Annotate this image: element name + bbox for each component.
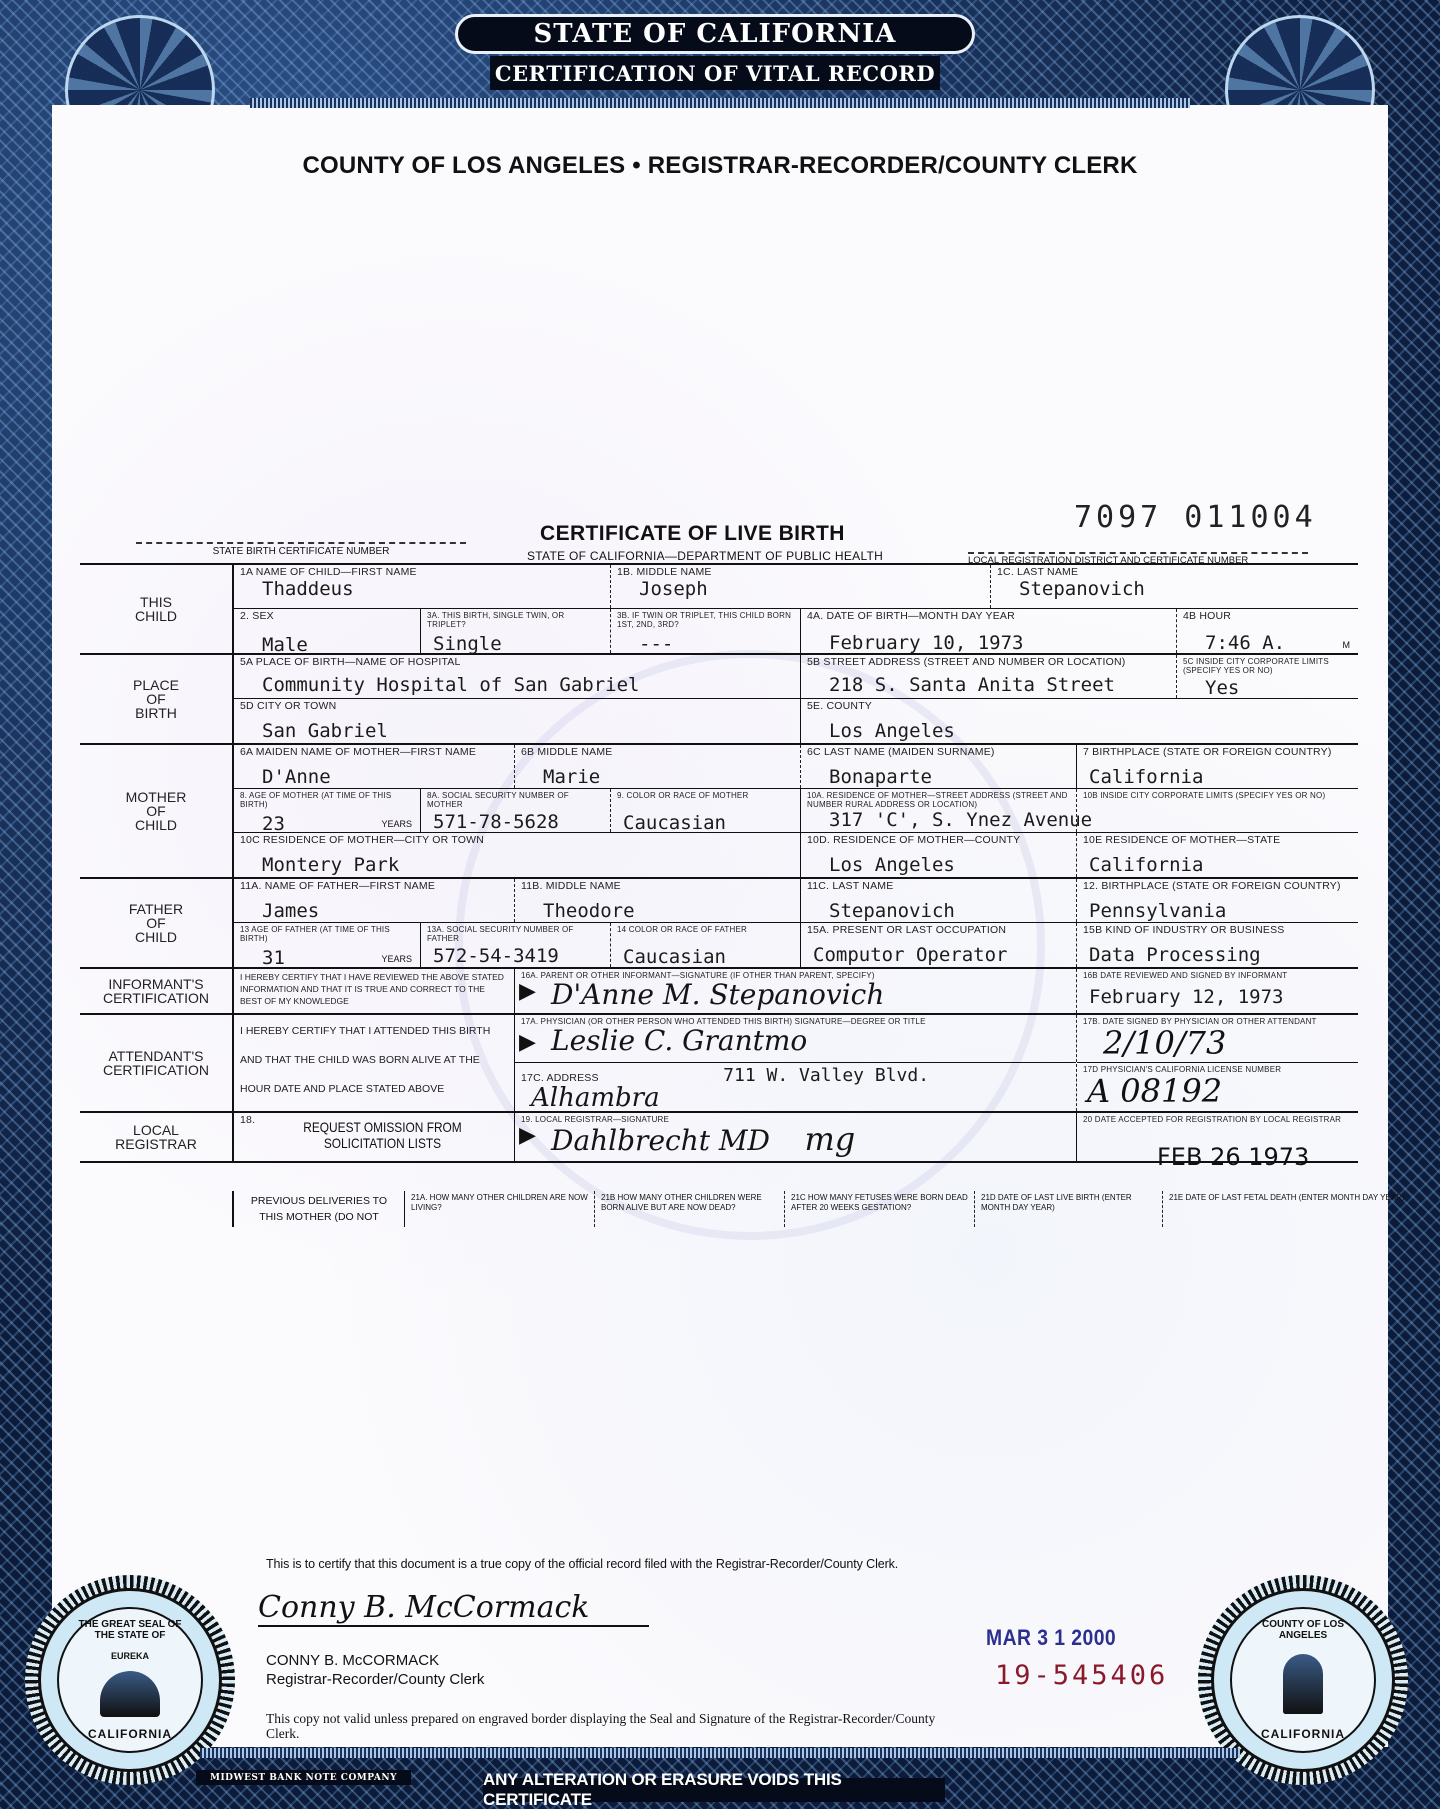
hospital-field: 5A PLACE OF BIRTH—NAME OF HOSPITAL Commu… — [234, 655, 800, 698]
previous-deliveries-row: PREVIOUS DELIVERIES TO THIS MOTHER (DO N… — [232, 1191, 1440, 1227]
father-middle-name-field: 11B. MIDDLE NAME Theodore — [514, 879, 800, 922]
mother-last-name-field: 6C LAST NAME (MAIDEN SURNAME) Bonaparte — [800, 745, 1076, 788]
county-heading: COUNTY OF LOS ANGELES • REGISTRAR-RECORD… — [0, 152, 1440, 180]
child-sex-field: 2. SEX Male — [234, 609, 420, 653]
section-father: FATHER OF CHILD 11A. NAME OF FATHER—FIRS… — [80, 879, 1358, 969]
issue-serial-number: 19-545406 — [995, 1660, 1168, 1691]
city-field: 5D CITY OR TOWN San Gabriel — [234, 699, 800, 743]
section-place-of-birth: PLACE OF BIRTH 5A PLACE OF BIRTH—NAME OF… — [80, 655, 1358, 745]
registrar-signature-field: 19. LOCAL REGISTRAR—SIGNATURE ▶ Dahlbrec… — [514, 1113, 1076, 1161]
mother-inside-city-field: 10B INSIDE CITY CORPORATE LIMITS (SPECIF… — [1076, 789, 1358, 832]
minerva-figure-icon — [100, 1671, 160, 1717]
arrow-icon: ▶ — [519, 1031, 536, 1053]
father-ssn-field: 13A. SOCIAL SECURITY NUMBER OF FATHER 57… — [420, 923, 610, 967]
printer-imprint: MIDWEST BANK NOTE COMPANY — [196, 1770, 411, 1785]
section-label: FATHER OF CHILD — [80, 879, 232, 967]
attendant-statement: I HEREBY CERTIFY THAT I ATTENDED THIS BI… — [234, 1015, 514, 1111]
border-edge — [250, 98, 1190, 108]
local-registration-number: 7097 011004 — [1074, 500, 1317, 535]
issue-date-stamp: MAR 3 1 2000 — [986, 1625, 1116, 1651]
mother-residence-county-field: 10D. RESIDENCE OF MOTHER—COUNTY Los Ange… — [800, 833, 1076, 877]
mother-ssn-field: 8A. SOCIAL SECURITY NUMBER OF MOTHER 571… — [420, 789, 610, 832]
section-label: INFORMANT'S CERTIFICATION — [80, 969, 232, 1013]
registrar-initials: mg — [774, 1120, 855, 1158]
father-first-name-field: 11A. NAME OF FATHER—FIRST NAME James — [234, 879, 514, 922]
registrar-recorder-name: CONNY B. McCORMACK — [266, 1652, 439, 1669]
section-mother: MOTHER OF CHILD 6A MAIDEN NAME OF MOTHER… — [80, 745, 1358, 879]
mother-middle-name-field: 6B MIDDLE NAME Marie — [514, 745, 800, 788]
arrow-icon: ▶ — [519, 1124, 536, 1146]
address-city-handwritten: Alhambra — [521, 1083, 1070, 1113]
physician-date-field: 17B. DATE SIGNED BY PHYSICIAN OR OTHER A… — [1077, 1015, 1358, 1063]
father-race-field: 14 COLOR OR RACE OF FATHER Caucasian — [610, 923, 800, 967]
state-banner: STATE OF CALIFORNIA — [455, 14, 975, 54]
date-of-birth-field: 4A. DATE OF BIRTH—MONTH DAY YEAR Februar… — [800, 609, 1176, 653]
section-label: PLACE OF BIRTH — [80, 655, 232, 743]
physician-date-handwritten: 2/10/73 — [1083, 1026, 1352, 1060]
informant-signature-field: 16A. PARENT OR OTHER INFORMANT—SIGNATURE… — [514, 969, 1076, 1013]
physician-license-field: 17D PHYSICIAN'S CALIFORNIA LICENSE NUMBE… — [1077, 1063, 1358, 1109]
physician-signature-field: 17A. PHYSICIAN (OR OTHER PERSON WHO ATTE… — [515, 1015, 1076, 1063]
child-middle-name-field: 1B. MIDDLE NAME Joseph — [610, 565, 990, 608]
section-informant: INFORMANT'S CERTIFICATION I HEREBY CERTI… — [80, 969, 1358, 1015]
birth-certificate-form: THIS CHILD 1A NAME OF CHILD—FIRST NAME T… — [80, 563, 1358, 1163]
father-birthplace-field: 12. BIRTHPLACE (STATE OR FOREIGN COUNTRY… — [1076, 879, 1358, 922]
registration-date-stamp: FEB 26 1973 — [1157, 1143, 1309, 1171]
true-copy-statement: This is to certify that this document is… — [266, 1557, 898, 1571]
father-last-name-field: 11C. LAST NAME Stepanovich — [800, 879, 1076, 922]
father-occupation-field: 15A. PRESENT OR LAST OCCUPATION Computor… — [800, 923, 1076, 967]
informant-statement: I HEREBY CERTIFY THAT I HAVE REVIEWED TH… — [234, 969, 514, 1013]
border-edge — [200, 1748, 1240, 1758]
registration-date-field: 20 DATE ACCEPTED FOR REGISTRATION BY LOC… — [1076, 1113, 1358, 1161]
arrow-icon: ▶ — [519, 980, 536, 1002]
informant-date-field: 16B DATE REVIEWED AND SIGNED BY INFORMAN… — [1076, 969, 1358, 1013]
birth-order-field: 3B. IF TWIN OR TRIPLET, THIS CHILD BORN … — [610, 609, 800, 653]
children-dead-field: 21B HOW MANY OTHER CHILDREN WERE BORN AL… — [594, 1191, 784, 1227]
license-handwritten: A 08192 — [1083, 1074, 1352, 1108]
section-attendant: ATTENDANT'S CERTIFICATION I HEREBY CERTI… — [80, 1015, 1358, 1113]
mother-residence-city-field: 10C RESIDENCE OF MOTHER—CITY OR TOWN Mon… — [234, 833, 800, 877]
informant-signature: D'Anne M. Stepanovich — [521, 980, 1070, 1010]
father-age-field: 13 AGE OF FATHER (AT TIME OF THIS BIRTH)… — [234, 923, 420, 967]
last-live-birth-field: 21D DATE OF LAST LIVE BIRTH (ENTER MONTH… — [974, 1191, 1162, 1227]
mother-age-field: 8. AGE OF MOTHER (AT TIME OF THIS BIRTH)… — [234, 789, 420, 832]
birth-type-field: 3A. THIS BIRTH, SINGLE TWIN, OR TRIPLET?… — [420, 609, 610, 653]
section-local-registrar: LOCAL REGISTRAR 18. REQUEST OMISSION FRO… — [80, 1113, 1358, 1163]
county-field: 5E. COUNTY Los Angeles — [800, 699, 1358, 743]
registrar-recorder-title: Registrar-Recorder/County Clerk — [266, 1671, 484, 1688]
vital-record-banner: CERTIFICATION OF VITAL RECORD — [490, 56, 940, 90]
child-first-name-field: 1A NAME OF CHILD—FIRST NAME Thaddeus — [234, 565, 610, 608]
alteration-warning: ANY ALTERATION OR ERASURE VOIDS THIS CER… — [483, 1778, 945, 1802]
last-fetal-death-field: 21E DATE OF LAST FETAL DEATH (ENTER MONT… — [1162, 1191, 1440, 1227]
mother-first-name-field: 6A MAIDEN NAME OF MOTHER—FIRST NAME D'An… — [234, 745, 514, 788]
registrar-signature: Dahlbrecht MD — [521, 1126, 770, 1156]
solicitation-omission-field: 18. REQUEST OMISSION FROM SOLICITATION L… — [234, 1113, 514, 1161]
pomona-figure-icon — [1283, 1654, 1323, 1714]
child-last-name-field: 1C. LAST NAME Stepanovich — [990, 565, 1358, 608]
section-label: ATTENDANT'S CERTIFICATION — [80, 1015, 232, 1111]
physician-address-field: 17C. ADDRESS 711 W. Valley Blvd. Alhambr… — [515, 1063, 1076, 1109]
physician-signature: Leslie C. Grantmo — [521, 1026, 1070, 1056]
hour-of-birth-field: 4B HOUR 7:46 A. M — [1176, 609, 1358, 653]
section-child: THIS CHILD 1A NAME OF CHILD—FIRST NAME T… — [80, 565, 1358, 655]
mother-birthplace-field: 7 BIRTHPLACE (STATE OR FOREIGN COUNTRY) … — [1076, 745, 1358, 788]
children-living-field: 21A. HOW MANY OTHER CHILDREN ARE NOW LIV… — [404, 1191, 594, 1227]
section-label: MOTHER OF CHILD — [80, 745, 232, 877]
validity-note: This copy not valid unless prepared on e… — [266, 1711, 966, 1741]
street-address-field: 5B STREET ADDRESS (STREET AND NUMBER OR … — [800, 655, 1176, 698]
section-label: THIS CHILD — [80, 565, 232, 653]
previous-deliveries-label: PREVIOUS DELIVERIES TO THIS MOTHER (DO N… — [232, 1191, 404, 1227]
inside-city-limits-field: 5C INSIDE CITY CORPORATE LIMITS (SPECIFY… — [1176, 655, 1358, 698]
section-label: LOCAL REGISTRAR — [80, 1113, 232, 1161]
fetuses-dead-field: 21C HOW MANY FETUSES WERE BORN DEAD AFTE… — [784, 1191, 974, 1227]
certificate-subtitle: STATE OF CALIFORNIA—DEPARTMENT OF PUBLIC… — [527, 549, 883, 563]
mother-race-field: 9. COLOR OR RACE OF MOTHER Caucasian — [610, 789, 800, 832]
mother-residence-street-field: 10A. RESIDENCE OF MOTHER—STREET ADDRESS … — [800, 789, 1076, 832]
state-birth-cert-number-label: STATE BIRTH CERTIFICATE NUMBER — [136, 542, 466, 557]
registrar-recorder-signature: Conny B. McCormack — [258, 1590, 649, 1627]
certificate-title: CERTIFICATE OF LIVE BIRTH — [540, 522, 845, 546]
banner-subtitle: CERTIFICATION OF VITAL RECORD — [495, 61, 935, 86]
father-industry-field: 15B KIND OF INDUSTRY OR BUSINESS Data Pr… — [1076, 923, 1358, 967]
mother-residence-state-field: 10E RESIDENCE OF MOTHER—STATE California — [1076, 833, 1358, 877]
banner-title: STATE OF CALIFORNIA — [534, 19, 897, 49]
